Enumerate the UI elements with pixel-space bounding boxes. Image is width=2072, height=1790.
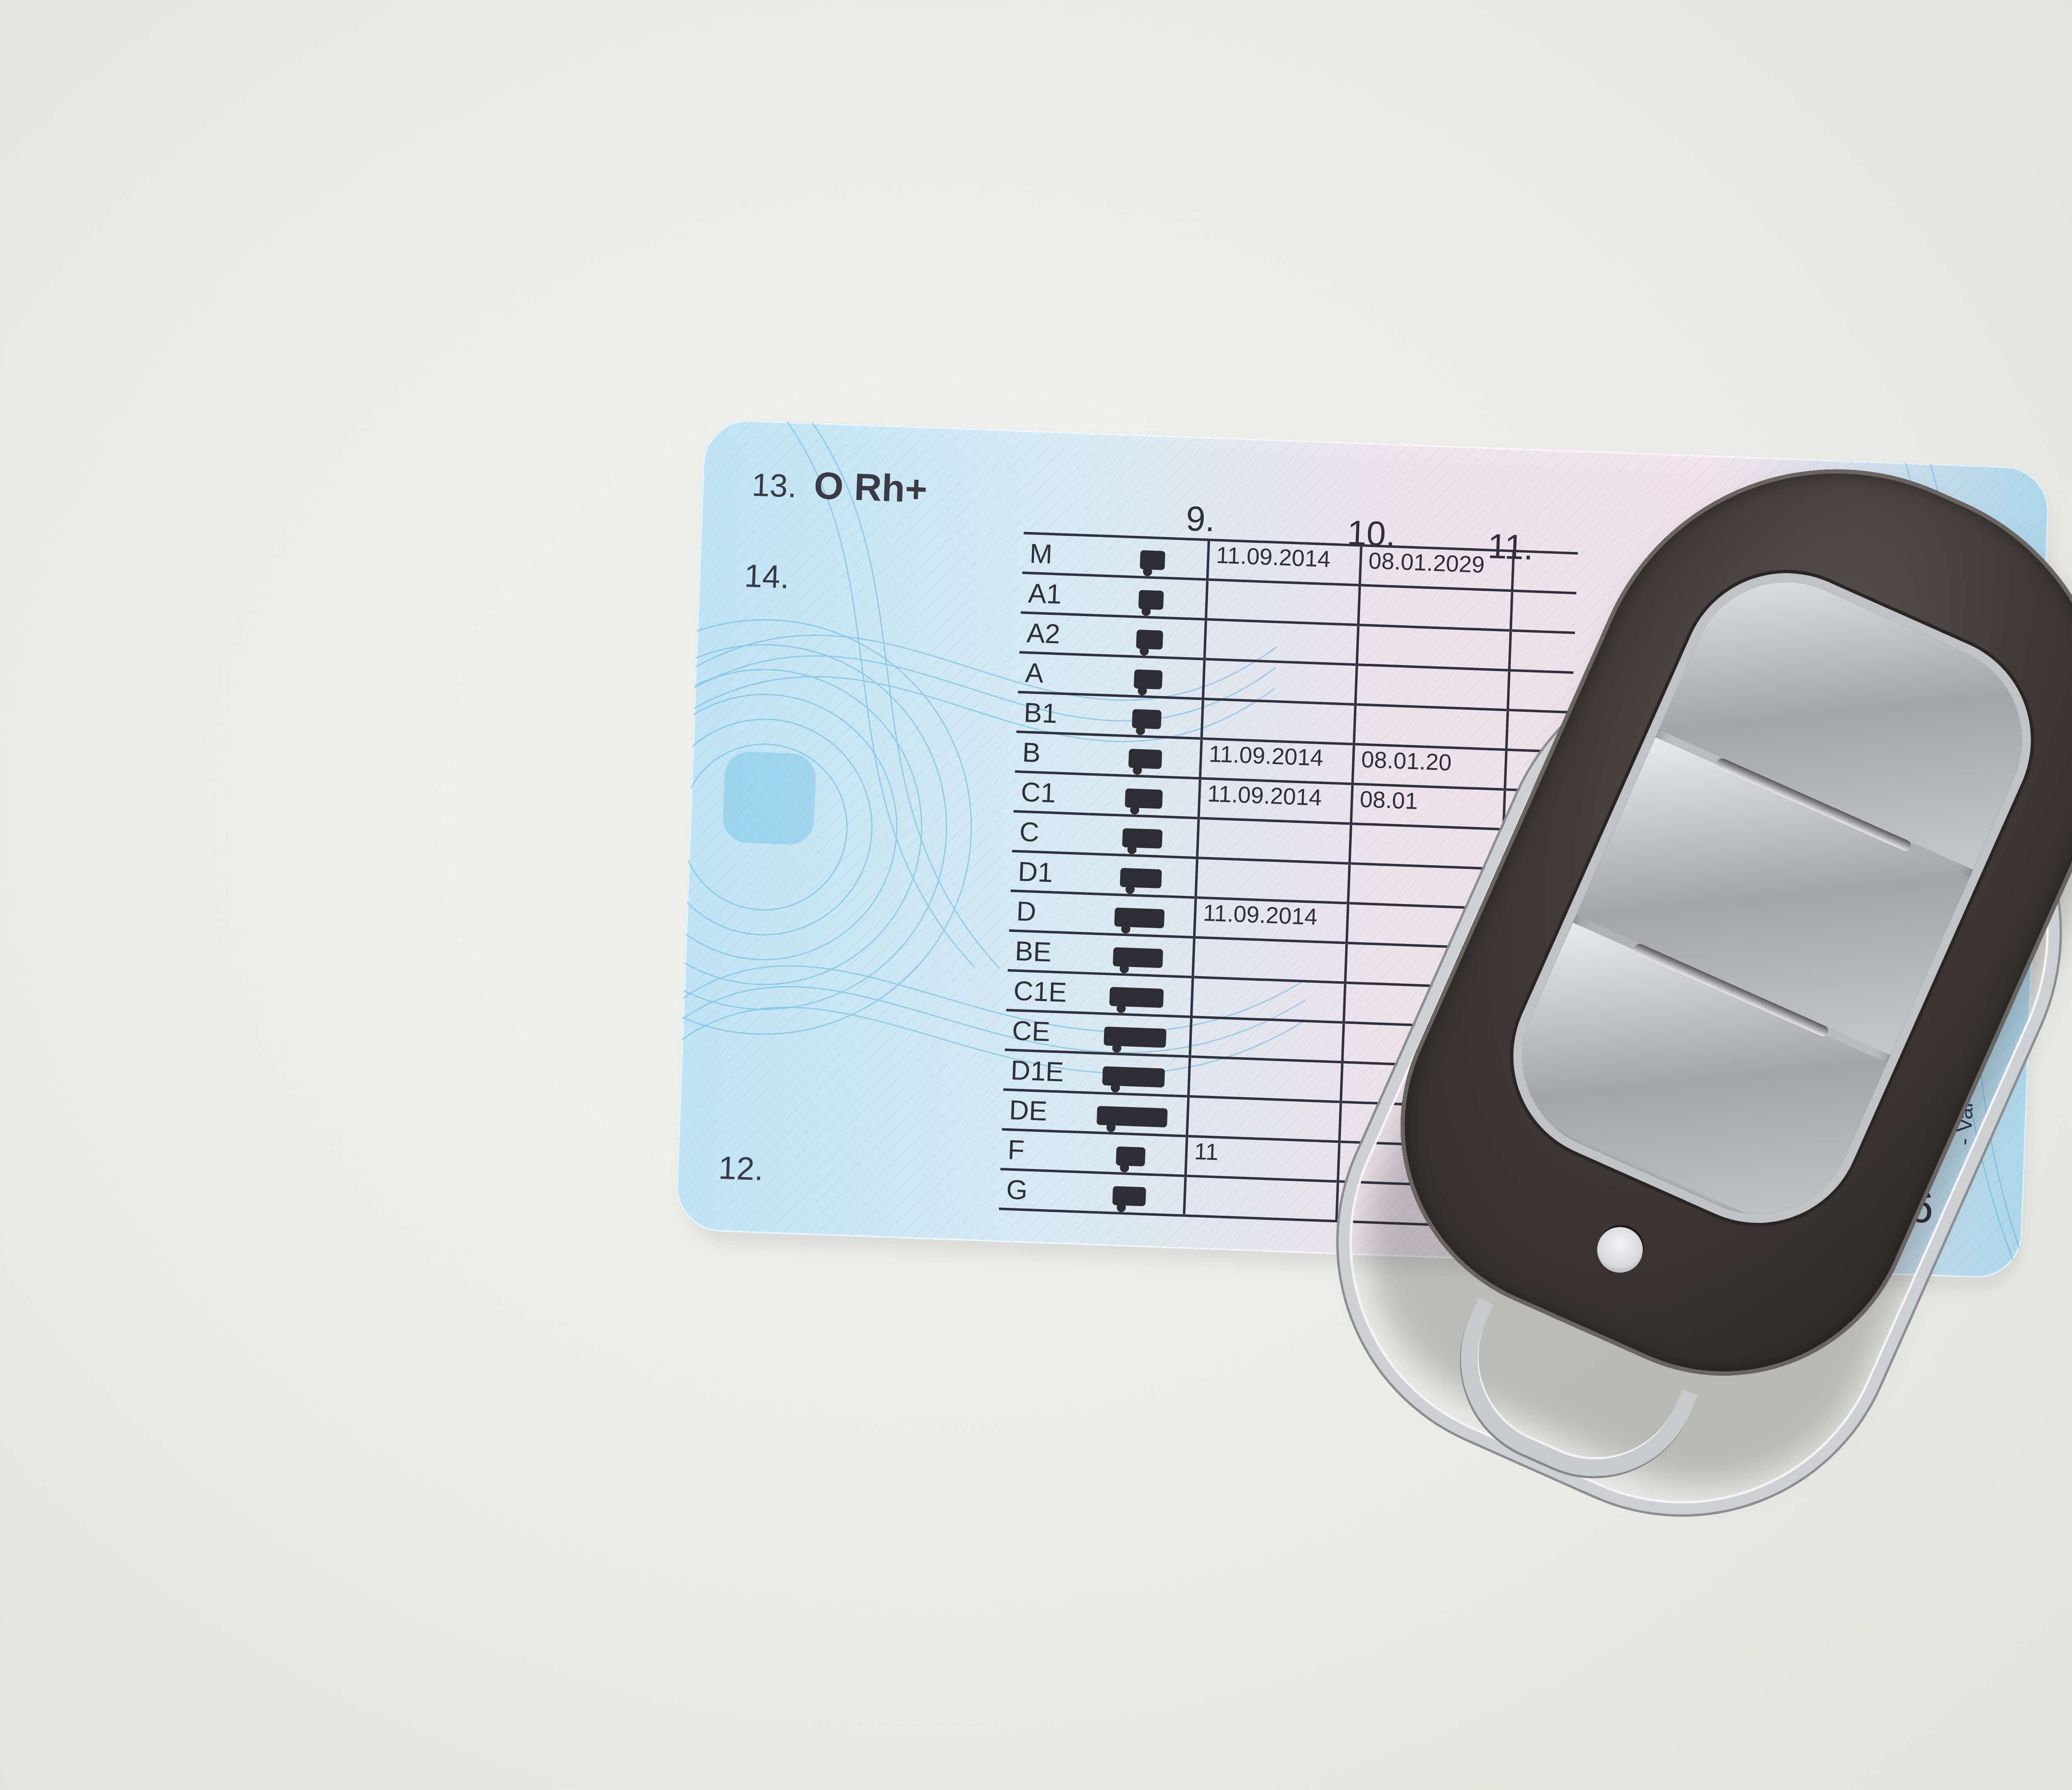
field-14-label: 14. [743,557,790,596]
category-code: D1 [1011,851,1087,894]
valid-from: 11.09.2014 [1208,540,1361,585]
valid-from [1188,1057,1342,1102]
quadricycle-icon [1132,709,1162,729]
valid-from [1205,619,1358,665]
category-code: DE [1002,1090,1079,1132]
category-code: C [1012,811,1089,854]
blood-type-value: O Rh+ [813,464,928,512]
column-9-header: 9. [1185,498,1216,540]
valid-from: 11.09.2014 [1200,738,1354,784]
light-truck-icon [1125,788,1163,808]
category-code: A [1018,652,1094,695]
motorcycle-icon [1136,629,1163,649]
valid-from [1203,659,1357,704]
valid-until: 08.01 [1351,784,1505,829]
minibus-icon [1120,868,1162,888]
restrictions-cell [1511,591,1576,633]
valid-from [1191,977,1345,1022]
status-led-icon [1590,1220,1650,1280]
category-code: B [1015,732,1092,774]
construction-tractor-icon [1112,1186,1146,1206]
bus-icon [1114,907,1165,928]
restrictions-cell [1508,670,1573,713]
car-trailer-icon [1113,947,1163,968]
valid-until: 08.01.2029 [1360,545,1513,590]
light-motorcycle-icon [1138,590,1164,610]
category-code: G [999,1169,1076,1212]
valid-from [1193,937,1346,982]
articulated-truck-icon [1104,1026,1167,1047]
restrictions-cell [1509,631,1575,673]
valid-until [1357,625,1510,670]
category-code: D [1009,891,1086,934]
valid-from [1190,1017,1343,1062]
category-code: BE [1008,931,1084,973]
bus-trailer-icon [1097,1105,1168,1127]
field-12-label: 12. [718,1149,764,1188]
category-code: B1 [1017,692,1093,735]
valid-until: 08.01.20 [1353,744,1506,789]
truck-icon [1122,828,1163,848]
category-code: C1E [1006,970,1083,1013]
valid-from: 11.09.2014 [1198,778,1352,823]
category-code: CE [1005,1010,1082,1053]
heavy-motorcycle-icon [1134,669,1163,689]
valid-from [1197,818,1351,863]
category-code: A2 [1019,612,1096,655]
category-code: D1E [1003,1050,1080,1093]
valid-until [1358,585,1512,630]
valid-from [1196,858,1349,903]
category-code: M [1022,533,1099,576]
field-13-label: 13. [751,466,798,505]
valid-from [1201,699,1355,744]
valid-from: 11 [1186,1136,1339,1181]
minibus-trailer-icon [1102,1066,1165,1087]
valid-from [1187,1096,1341,1142]
valid-from [1184,1176,1338,1221]
category-code: F [1000,1129,1077,1172]
valid-from: 11.09.2014 [1194,897,1348,943]
car-icon [1128,749,1162,769]
valid-until [1356,665,1509,710]
valid-until [1350,824,1503,869]
category-code: C1 [1014,772,1090,814]
light-truck-trailer-icon [1109,987,1164,1008]
restrictions-cell [1512,551,1578,593]
moped-icon [1140,550,1165,570]
valid-from [1206,580,1360,625]
category-code: A1 [1021,573,1097,615]
tractor-icon [1116,1146,1146,1166]
valid-until [1354,704,1508,750]
